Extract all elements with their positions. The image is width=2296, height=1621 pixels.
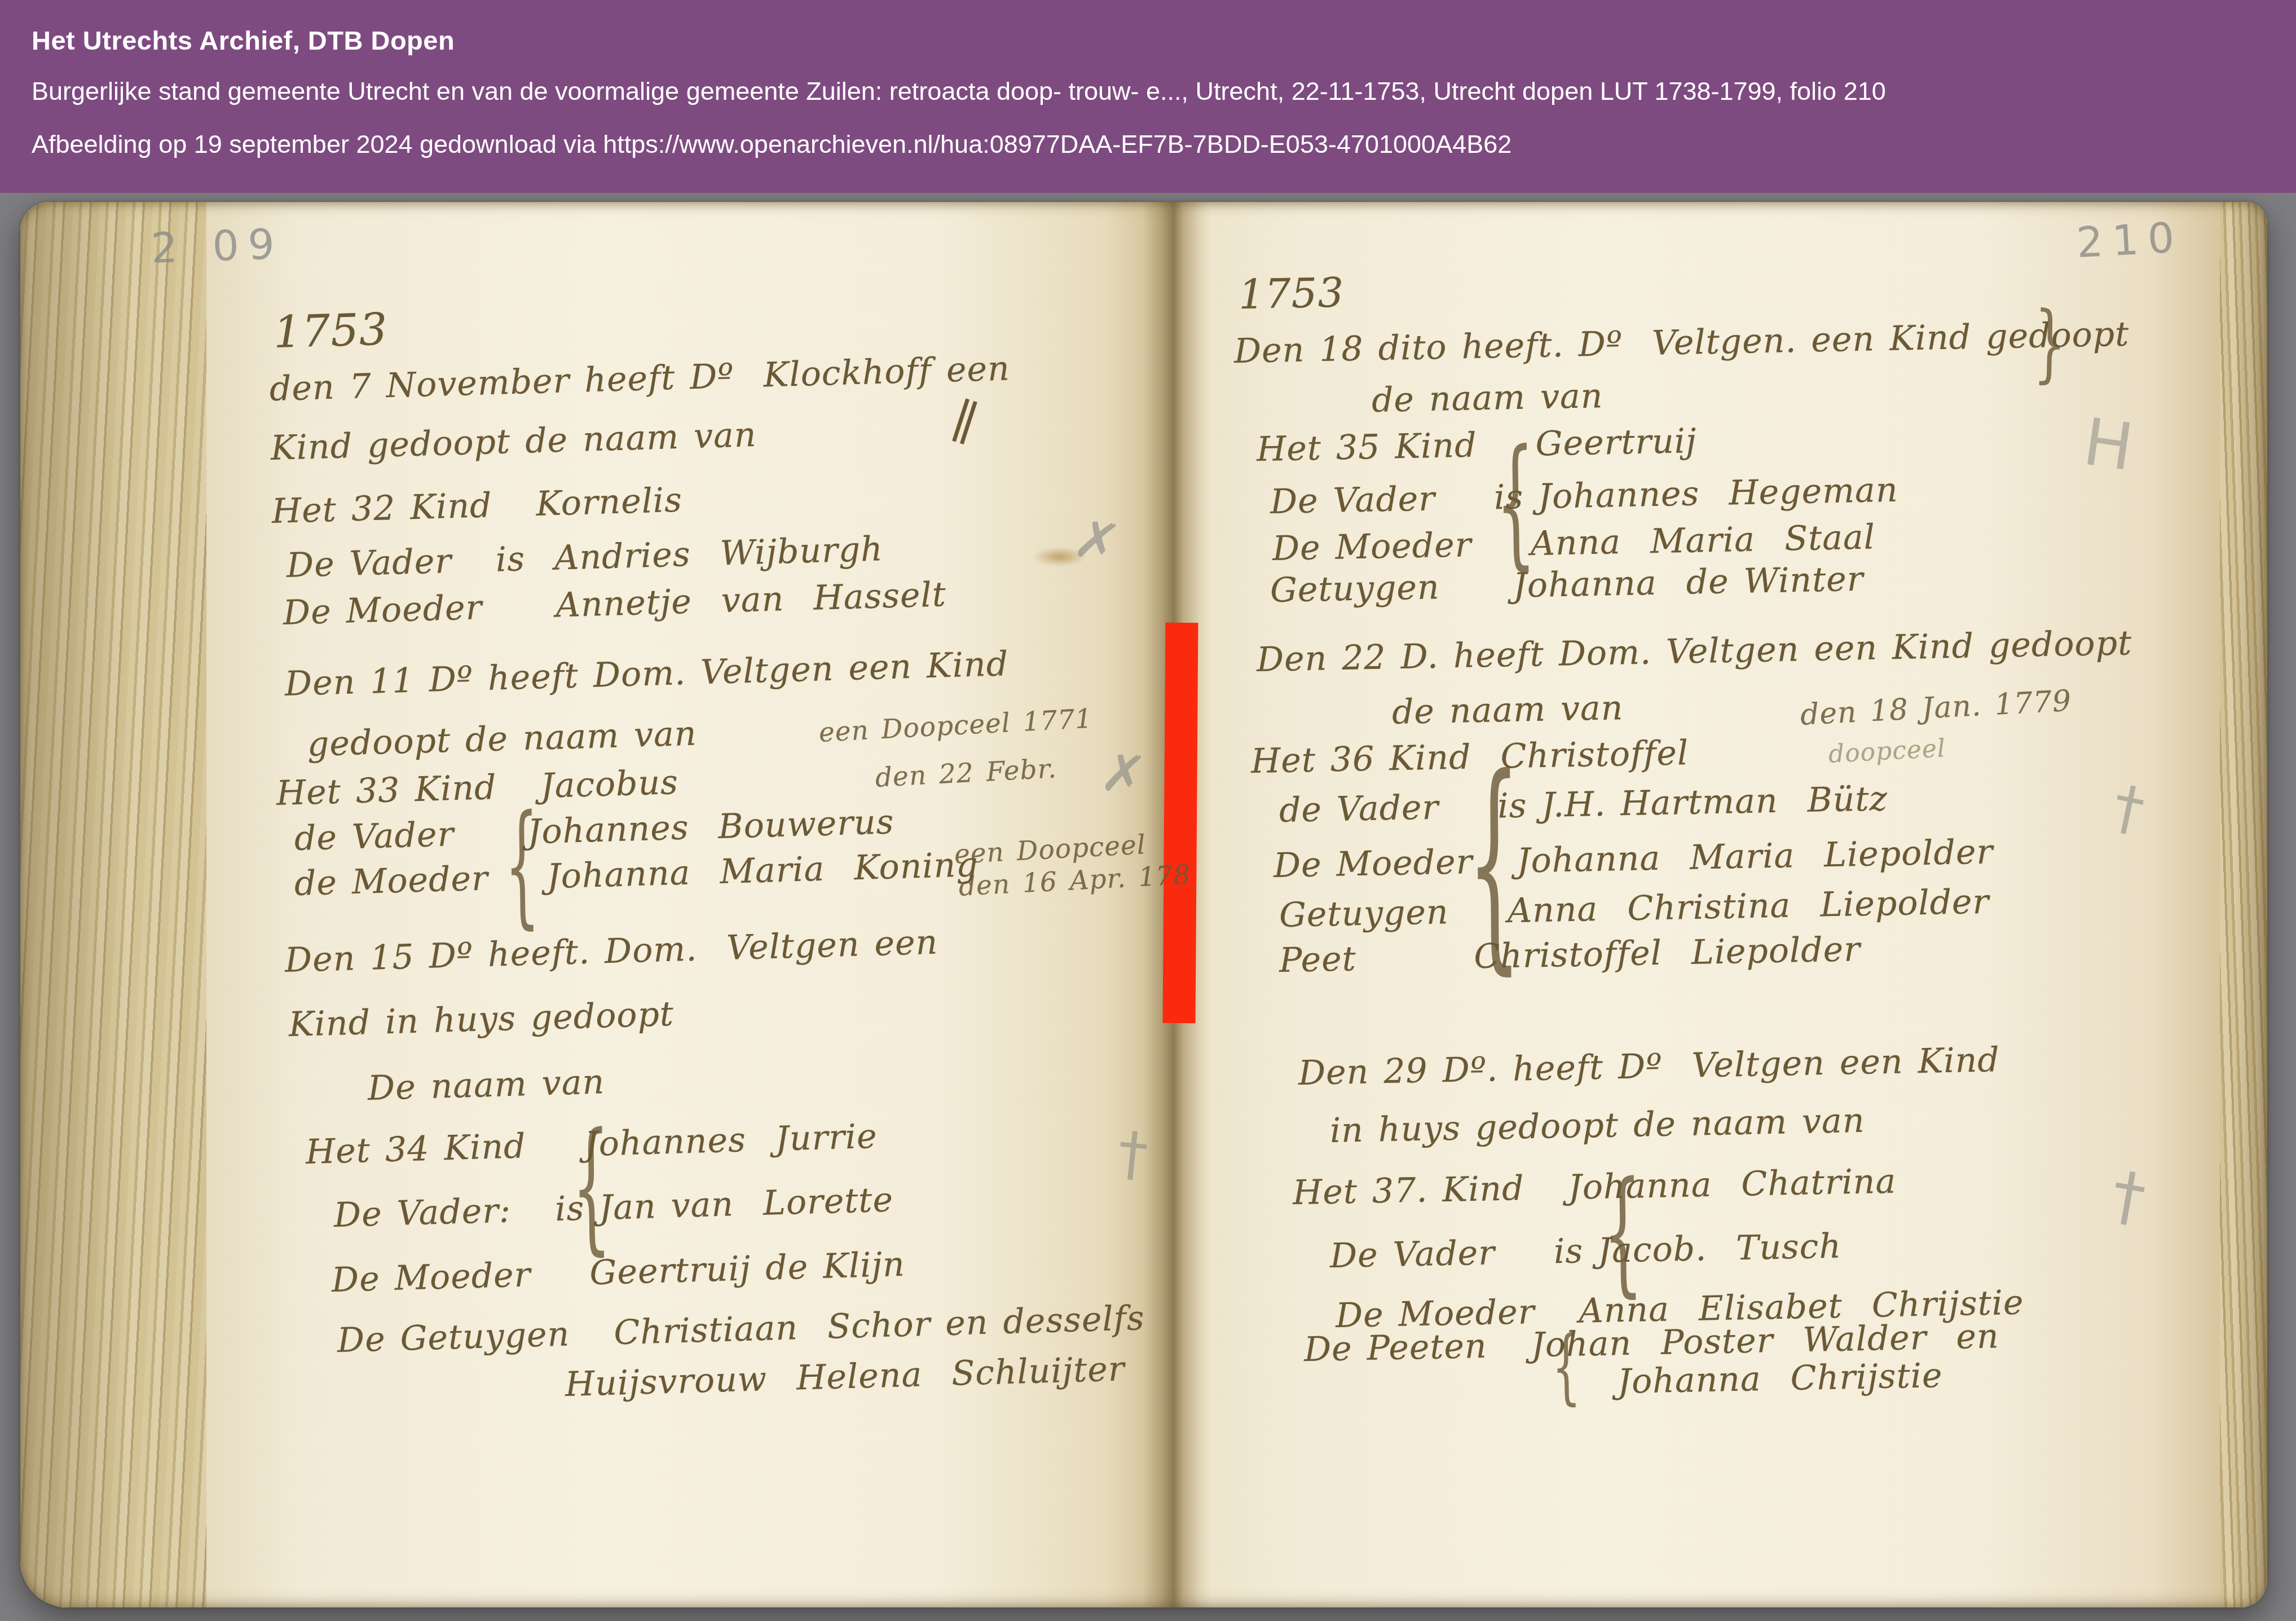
register-book-scan: [20, 202, 2267, 1607]
download-note: Afbeelding op 19 september 2024 gedownlo…: [32, 130, 1511, 159]
right-page-edges: [2220, 202, 2267, 1607]
archive-scan-viewer: { "header": { "title": "Het Utrechts Arc…: [0, 0, 2296, 1621]
source-description: Burgerlijke stand gemeente Utrecht en va…: [32, 77, 1886, 106]
highlight-bar: [1163, 623, 1198, 1023]
right-page: [1210, 202, 2220, 1607]
metadata-header: Het Utrechts Archief, DTB Dopen Burgerli…: [0, 0, 2296, 193]
left-page: [206, 202, 1143, 1607]
archive-title: Het Utrechts Archief, DTB Dopen: [32, 25, 455, 56]
left-page-edges: [20, 202, 223, 1607]
paper-stain: [1033, 547, 1086, 566]
